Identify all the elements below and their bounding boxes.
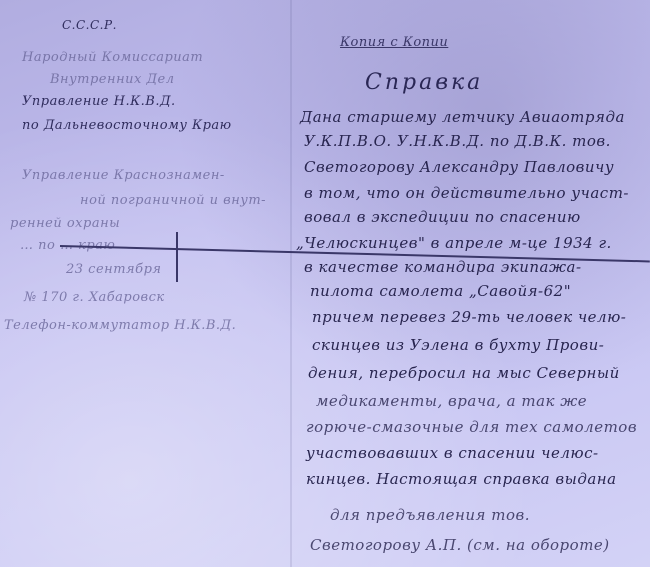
body-line: причем перевез 29-ть человек челю-: [312, 308, 626, 326]
header-line-1: Народный Комиссариат: [22, 50, 203, 65]
stamp-line-2: ной пограничной и внут-: [80, 193, 266, 208]
body-line: скинцев из Уэлена в бухту Прови-: [312, 336, 604, 354]
header-line-2: Внутренних Дел: [50, 72, 175, 87]
body-line: Светогорову Александру Павловичу: [304, 158, 614, 176]
copy-mark: Копия с Копии: [340, 35, 448, 50]
body-line: вовал в экспедиции по спасению: [304, 208, 581, 226]
stamp-date: 23 сентября: [66, 262, 162, 277]
body-line: пилота самолета „Савойя-62": [310, 282, 571, 300]
body-line: участвовавших в спасении челюс-: [306, 444, 599, 462]
body-line: для предъявления тов.: [330, 506, 530, 524]
body-line: в том, что он действительно участ-: [304, 184, 629, 202]
body-line: Дана старшему летчику Авиаотряда: [300, 108, 625, 126]
header-line-4: по Дальневосточному Краю: [22, 118, 232, 133]
body-line: „Челюскинцев" в апреле м-це 1934 г.: [296, 234, 612, 252]
body-line: кинцев. Настоящая справка выдана: [306, 470, 617, 488]
stamp-line-3: ренней охраны: [10, 216, 120, 231]
pen-mark: [176, 232, 178, 282]
fold-line: [290, 0, 292, 567]
body-line: в качестве командира экипажа-: [304, 258, 582, 276]
stamp-line-1: Управление Краснознамен-: [22, 168, 225, 183]
header-line-3: Управление Н.К.В.Д.: [22, 94, 176, 109]
body-line: Светогорову А.П. (см. на обороте): [310, 536, 610, 554]
scanned-document: С.С.С.Р. Народный Комиссариат Внутренних…: [0, 0, 650, 567]
body-line: дения, перебросил на мыс Северный: [308, 364, 620, 382]
document-title: Справка: [365, 70, 483, 95]
body-line: медикаменты, врача, а так же: [316, 392, 587, 410]
stamp-number-city: № 170 г. Хабаровск: [24, 290, 165, 305]
body-line: горюче-смазочные для тех самолетов: [306, 418, 637, 436]
header-country: С.С.С.Р.: [62, 18, 117, 32]
body-line: У.К.П.В.О. У.Н.К.В.Д. по Д.В.К. тов.: [304, 132, 611, 150]
stamp-phone: Телефон-коммутатор Н.К.В.Д.: [4, 318, 236, 333]
